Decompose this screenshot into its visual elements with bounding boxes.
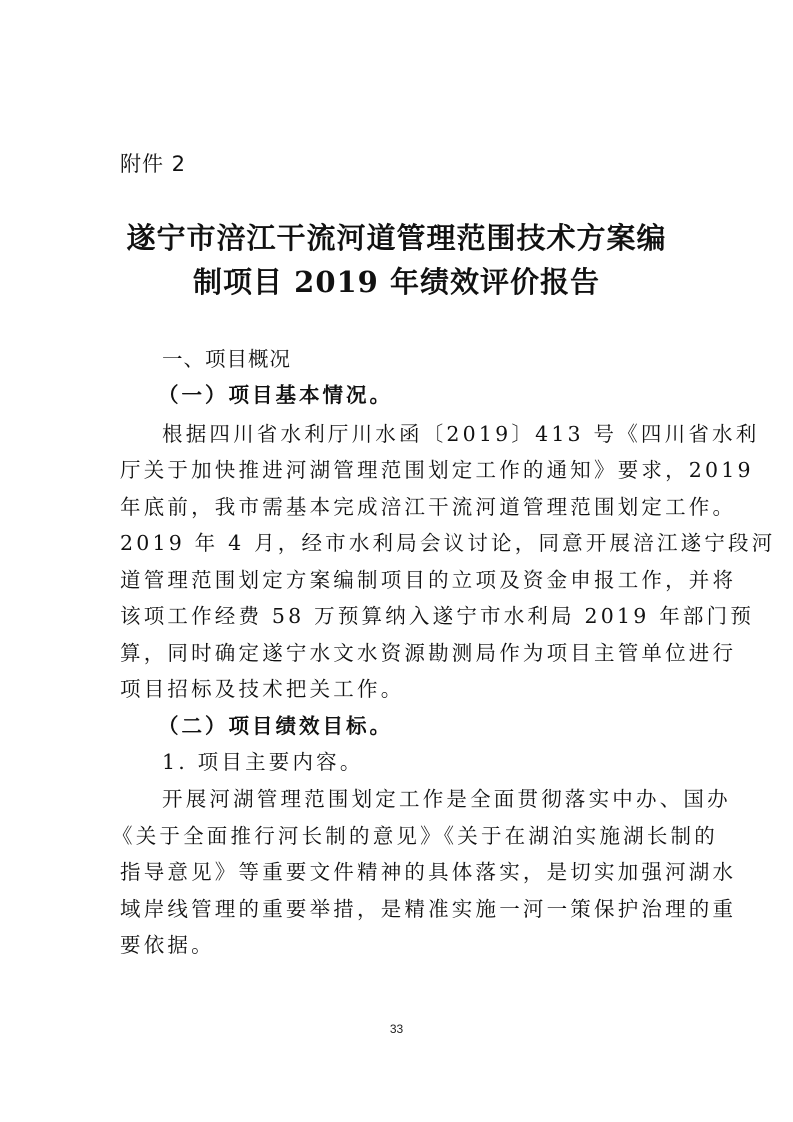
paragraph-line: 2019 年 4 月，经市水利局会议讨论，同意开展涪江遂宁段河 (120, 525, 680, 561)
paragraph-line: 开展河湖管理范围划定工作是全面贯彻落实中办、国办 (162, 781, 722, 817)
paragraph-line: 厅关于加快推进河湖管理范围划定工作的通知》要求，2019 (120, 452, 680, 488)
document-title-line-1: 遂宁市涪江干流河道管理范围技术方案编 (100, 216, 693, 260)
attachment-label: 附件 2 (120, 148, 186, 178)
paragraph-line: 算，同时确定遂宁水文水资源勘测局作为项目主管单位进行 (120, 635, 680, 671)
section-heading-overview: 一、项目概况 (162, 341, 722, 377)
subsection-heading-basic-info: （一）项目基本情况。 (158, 377, 718, 413)
page-number: 33 (0, 1022, 793, 1036)
paragraph-line: 域岸线管理的重要举措，是精准实施一河一策保护治理的重 (120, 891, 680, 927)
document-page: 附件 2 遂宁市涪江干流河道管理范围技术方案编 制项目 2019 年绩效评价报告… (0, 0, 793, 1122)
paragraph-line: 该项工作经费 58 万预算纳入遂宁市水利局 2019 年部门预 (120, 598, 680, 634)
paragraph-line: 根据四川省水利厅川水函〔2019〕413 号《四川省水利 (162, 416, 722, 452)
paragraph-line: 要依据。 (120, 927, 680, 963)
paragraph-line: 年底前，我市需基本完成涪江干流河道管理范围划定工作。 (120, 489, 680, 525)
document-title-line-2: 制项目 2019 年绩效评价报告 (100, 260, 693, 304)
numbered-item: 1. 项目主要内容。 (162, 744, 722, 780)
paragraph-line: 《关于全面推行河长制的意见》《关于在湖泊实施湖长制的 (112, 818, 672, 854)
paragraph-line: 指导意见》等重要文件精神的具体落实，是切实加强河湖水 (120, 854, 680, 890)
subsection-heading-performance-goals: （二）项目绩效目标。 (158, 708, 718, 744)
paragraph-line: 道管理范围划定方案编制项目的立项及资金申报工作，并将 (120, 562, 680, 598)
paragraph-line: 项目招标及技术把关工作。 (120, 671, 680, 707)
